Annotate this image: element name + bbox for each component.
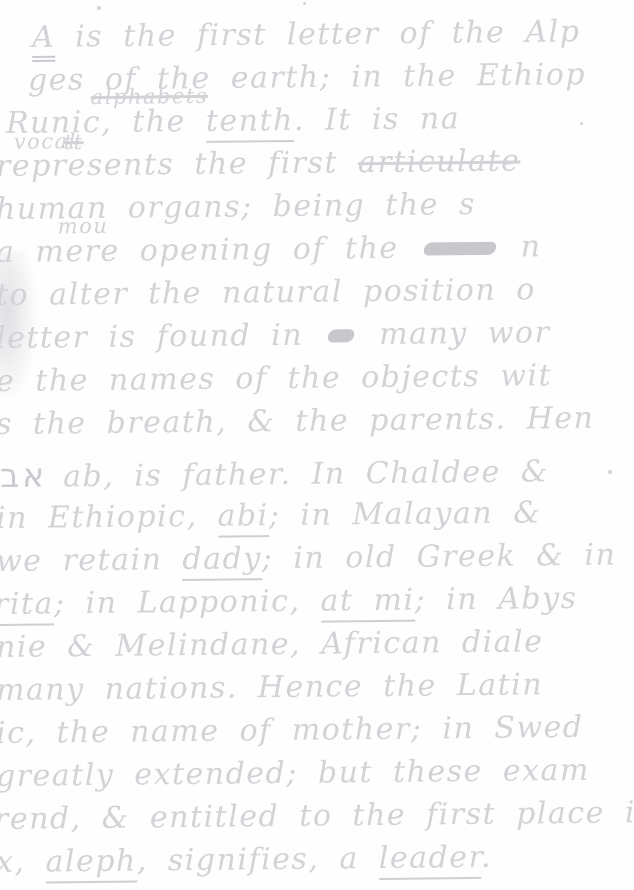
manuscript-page: A is the first letter of the Alpges of t… <box>0 0 634 890</box>
handwriting-text: at mi <box>320 583 414 623</box>
manuscript-line: x, aleph, signifies, a leader. <box>0 834 634 884</box>
handwriting-text: rend, & entitled to the first place i <box>0 795 634 837</box>
entry-letter-A: A <box>32 20 56 62</box>
handwriting-text: in Ethiopic, <box>0 499 218 536</box>
handwriting-text: ; in Lapponic, <box>54 584 321 622</box>
hebrew-ab: אב <box>0 456 47 495</box>
manuscript-line: in Ethiopic, abi; in Malayan & <box>0 490 634 540</box>
handwriting-text: . It is na <box>294 101 461 138</box>
handwriting-text: aleph <box>45 844 137 884</box>
manuscript-line: we retain dady; in old Greek & in <box>0 533 634 583</box>
ink-speck <box>97 6 101 10</box>
handwriting-text: many wor <box>359 315 551 352</box>
handwriting-text: to alter the natural position o <box>0 272 536 313</box>
handwriting-text: , signifies, a <box>137 841 379 879</box>
manuscript-line: moua mere opening of the n <box>0 224 634 274</box>
manuscript-line: to alter the natural position o <box>0 267 634 317</box>
handwriting-text: e the names of the objects wit <box>0 358 552 399</box>
manuscript-line: A is the first letter of the Alp <box>32 10 634 59</box>
handwriting-text: greatly extended; but these exam <box>0 753 590 794</box>
handwriting-text: ; in Abys <box>414 581 577 618</box>
manuscript-line: e the names of the objects wit <box>0 353 634 403</box>
handwriting-text: x, <box>0 844 46 880</box>
manuscript-line: nie & Melindane, African diale <box>0 619 634 669</box>
manuscript-lines: A is the first letter of the Alpges of t… <box>0 16 634 884</box>
manuscript-line: alphabetsRunic, the tenth. It is na <box>6 95 634 145</box>
manuscript-line: ic, the name of mother; in Swed <box>0 705 634 755</box>
handwriting-text: ic, the name of mother; in Swed <box>0 710 584 751</box>
struck-word-articulate: articulate <box>358 144 521 181</box>
manuscript-line: rend, & entitled to the first place i <box>0 791 634 841</box>
handwriting-text: s the breath, & the parents. Hen <box>0 401 595 442</box>
manuscript-line: rita; in Lapponic, at mi; in Abys <box>0 576 634 626</box>
handwriting-text: rita <box>0 586 54 626</box>
handwriting-text: letter is found in <box>0 318 323 356</box>
handwriting-text: leader <box>379 840 482 880</box>
handwriting-text: we retain <box>0 542 183 579</box>
ink-blot-struck-word <box>422 242 497 256</box>
handwriting-text: abi <box>217 498 269 538</box>
handwriting-text: n <box>500 229 541 264</box>
manuscript-line: greatly extended; but these exam <box>0 748 634 798</box>
handwriting-text: nie & Melindane, African diale <box>0 624 544 665</box>
handwriting-text: is the first letter of the Alp <box>55 14 581 54</box>
handwriting-text: tenth <box>206 103 294 143</box>
handwriting-text: many nations. Hence the Latin <box>0 667 543 708</box>
handwriting-text: ; in old Greek & in <box>262 538 617 577</box>
handwriting-text: dady <box>182 541 262 581</box>
manuscript-line: ttvocalrepresents the first articulate <box>0 138 634 188</box>
manuscript-line: אבab, is father. In Chaldee & <box>0 447 634 497</box>
handwriting-text: ; in Malayan & <box>269 495 542 533</box>
manuscript-line: many nations. Hence the Latin <box>0 662 634 712</box>
handwriting-text: . <box>481 840 492 875</box>
manuscript-line: s the breath, & the parents. Hen <box>0 396 634 446</box>
ink-blot-small <box>326 329 355 342</box>
ink-speck <box>303 2 306 5</box>
handwriting-text: ab, is father. In Chaldee & <box>63 454 549 494</box>
manuscript-line: letter is found in many wor <box>0 310 634 360</box>
